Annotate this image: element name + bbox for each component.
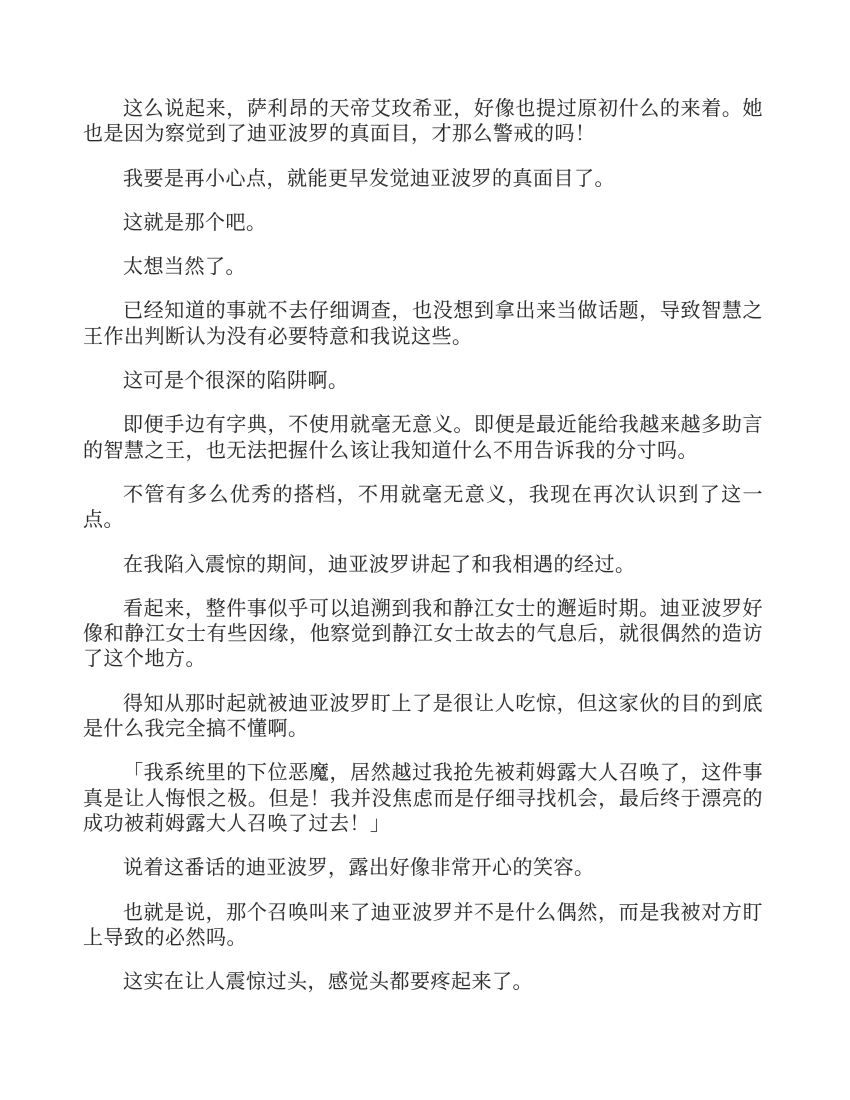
paragraph: 这实在让人震惊过头，感觉头都要疼起来了。 — [83, 970, 763, 995]
paragraph: 这么说起来，萨利昂的天帝艾玫希亚，好像也提过原初什么的来着。她也是因为察觉到了迪… — [83, 97, 763, 148]
paragraph: 已经知道的事就不去仔细调查，也没想到拿出来当做话题，导致智慧之王作出判断认为没有… — [83, 299, 763, 350]
paragraph: 不管有多么优秀的搭档，不用就毫无意义，我现在再次认识到了这一点。 — [83, 483, 763, 534]
paragraph: 即便手边有字典，不使用就毫无意义。即便是最近能给我越来越多助言的智慧之王，也无法… — [83, 413, 763, 464]
page-text: 这么说起来，萨利昂的天帝艾玫希亚，好像也提过原初什么的来着。她也是因为察觉到了迪… — [83, 97, 763, 1014]
paragraph: 也就是说，那个召唤叫来了迪亚波罗并不是什么偶然，而是我被对方盯上导致的必然吗。 — [83, 901, 763, 952]
paragraph: 「我系统里的下位恶魔，居然越过我抢先被莉姆露大人召唤了，这件事真是让人悔恨之极。… — [83, 761, 763, 837]
paragraph: 太想当然了。 — [83, 255, 763, 280]
paragraph: 我要是再小心点，就能更早发觉迪亚波罗的真面目了。 — [83, 167, 763, 192]
paragraph: 得知从那时起就被迪亚波罗盯上了是很让人吃惊，但这家伙的目的到底是什么我完全搞不懂… — [83, 692, 763, 743]
paragraph: 这就是那个吧。 — [83, 211, 763, 236]
paragraph: 在我陷入震惊的期间，迪亚波罗讲起了和我相遇的经过。 — [83, 553, 763, 578]
ebook-page: 这么说起来，萨利昂的天帝艾玫希亚，好像也提过原初什么的来着。她也是因为察觉到了迪… — [0, 0, 850, 1100]
paragraph: 这可是个很深的陷阱啊。 — [83, 369, 763, 394]
paragraph: 说着这番话的迪亚波罗，露出好像非常开心的笑容。 — [83, 856, 763, 881]
paragraph: 看起来，整件事似乎可以追溯到我和静江女士的邂逅时期。迪亚波罗好像和静江女士有些因… — [83, 597, 763, 673]
